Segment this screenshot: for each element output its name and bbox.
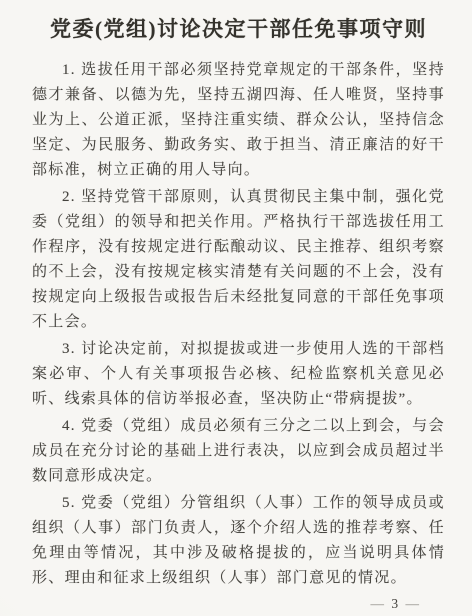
paragraph-5: 5. 党委（党组）分管组织（人事）工作的领导成员或组织（人事）部门负责人，逐个介… bbox=[32, 491, 445, 591]
page-number-value: 3 bbox=[391, 596, 400, 611]
paragraph-3: 3. 讨论决定前，对拟提拔或进一步使用人选的干部档案必审、个人有关事项报告必核、… bbox=[32, 337, 445, 412]
page-footer: — 3 — bbox=[32, 595, 445, 613]
document-title: 党委(党组)讨论决定干部任免事项守则 bbox=[32, 14, 445, 44]
page-number-dash-left: — bbox=[371, 596, 387, 611]
paragraph-1: 1. 选拔任用干部必须坚持党章规定的干部条件，坚持德才兼备、以德为先，坚持五湖四… bbox=[32, 58, 445, 183]
page-number-dash-right: — bbox=[406, 596, 422, 611]
scanned-document-page: 党委(党组)讨论决定干部任免事项守则 1. 选拔任用干部必须坚持党章规定的干部条… bbox=[0, 0, 472, 616]
paragraph-4: 4. 党委（党组）成员必须有三分之二以上到会，与会成员在充分讨论的基础上进行表决… bbox=[32, 414, 445, 489]
document-body: 1. 选拔任用干部必须坚持党章规定的干部条件，坚持德才兼备、以德为先，坚持五湖四… bbox=[32, 58, 445, 591]
page-number: — 3 — bbox=[371, 596, 422, 611]
paragraph-2: 2. 坚持党管干部原则，认真贯彻民主集中制，强化党委（党组）的领导和把关作用。严… bbox=[32, 185, 445, 335]
